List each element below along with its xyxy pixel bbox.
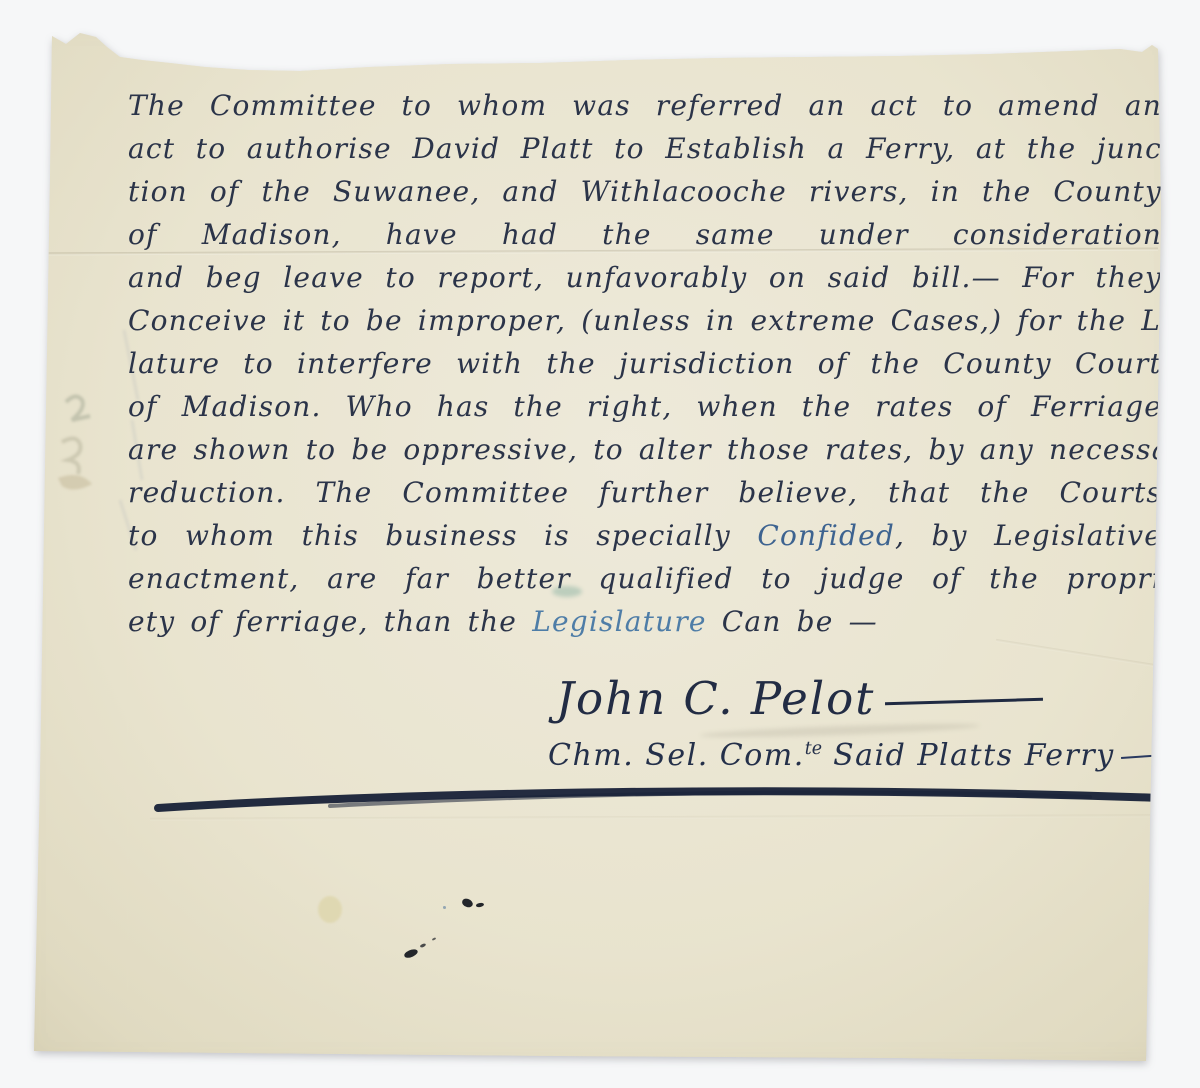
manuscript-line: enactment, are far better qualified to j… [128,557,1162,600]
manuscript-line: to whom this business is specially Confi… [128,514,1162,557]
signature-paraph-flourish [150,780,1170,822]
manuscript-line-segment: to whom this business is specially [128,519,757,552]
ink-speck [443,906,446,909]
manuscript-line: act to authorise David Platt to Establis… [128,127,1162,170]
manuscript-line: of Madison. Who has the right, when the … [128,385,1162,428]
manuscript-word-blue: Legislature [532,605,707,638]
manuscript-line: and beg leave to report, unfavorably on … [128,256,1162,299]
manuscript-line-segment: ety of ferriage, than the [128,605,532,638]
manuscript-line-segment: , by Legislative [895,519,1162,552]
ink-flourish [885,698,1043,705]
manuscript-line: of Madison, have had the same under cons… [128,213,1162,256]
paper-crease [996,639,1162,668]
manuscript-line: The Committee to whom was referred an ac… [128,84,1162,127]
manuscript-line: reduction. The Committee further believe… [128,471,1162,514]
signature-title-superscript: te [805,739,822,759]
manuscript-line: tion of the Suwanee, and Withlacooche ri… [128,170,1162,213]
ink-flourish [1121,753,1179,759]
manuscript-line-segment: Can be — [707,605,878,638]
signature-title: Chm. Sel. Com.te Said Platts Ferry [548,738,1179,773]
ink-speck [432,937,436,941]
paper-shadow: The Committee to whom was referred an ac… [0,0,1200,1088]
signature-title-pre: Chm. Sel. Com. [548,738,805,773]
ink-speck [420,943,427,948]
ink-speck [461,897,474,908]
signature-title-post: Said Platts Ferry [822,738,1115,773]
manuscript-line: ety of ferriage, than the Legislature Ca… [128,600,1162,643]
ink-speck [403,947,419,959]
manuscript-text: The Committee to whom was referred an ac… [128,84,1162,643]
signature-name-text: John C. Pelot [556,672,875,725]
manuscript-line: Conceive it to be improper, (unless in e… [128,299,1162,342]
manuscript-paper: The Committee to whom was referred an ac… [0,0,1200,1088]
manuscript-line: are shown to be oppressive, to alter tho… [128,428,1162,471]
paper-stain [318,896,342,923]
signature-name: John C. Pelot [556,672,1043,725]
ink-speck [476,902,485,908]
manuscript-word-blue: Confided [757,519,895,552]
ink-smudge [552,586,582,597]
scanned-document-page: The Committee to whom was referred an ac… [0,0,1200,1088]
manuscript-line: lature to interfere with the jurisdictio… [128,342,1162,385]
